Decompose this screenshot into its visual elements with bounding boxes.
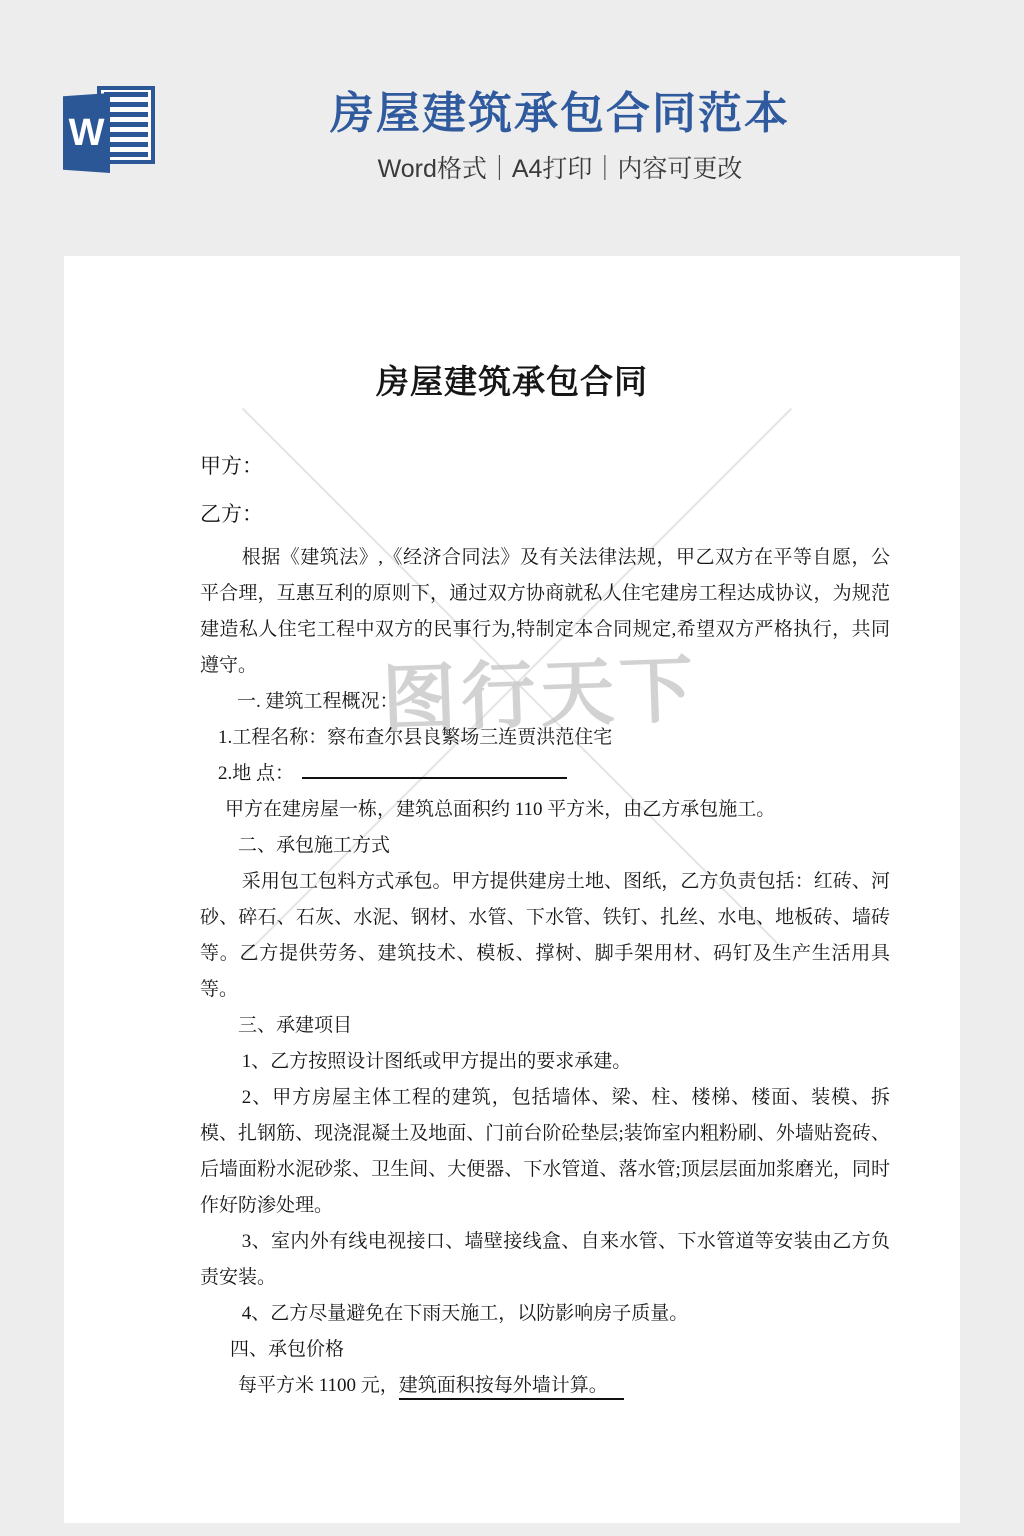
party-a-line: 甲方： xyxy=(200,448,890,484)
section-3-item-3: 3、室内外有线电视接口、墙壁接线盒、自来水管、下水管道等安装由乙方负责安装。 xyxy=(200,1224,890,1296)
intro-paragraph: 根据《建筑法》,《经济合同法》及有关法律法规，甲乙双方在平等自愿，公平合理，互惠… xyxy=(200,540,890,684)
location-label: 2.地 点： xyxy=(218,763,294,784)
section-3-item-2: 2、甲方房屋主体工程的建筑，包括墙体、梁、柱、楼梯、楼面、装模、拆模、扎钢筋、现… xyxy=(200,1080,890,1224)
section-3-item-1: 1、乙方按照设计图纸或甲方提出的要求承建。 xyxy=(200,1044,890,1080)
word-w-icon: W xyxy=(63,93,110,173)
project-name-line: 1.工程名称：察布查尔县良繁场三连贾洪范住宅 xyxy=(200,720,890,756)
document-text-lines-icon xyxy=(104,92,148,158)
building-area-line: 甲方在建房屋一栋，建筑总面积约 110 平方米，由乙方承包施工。 xyxy=(200,792,890,828)
document-page: 图行天下 房屋建筑承包合同 甲方： 乙方： 根据《建筑法》,《经济合同法》及有关… xyxy=(64,256,960,1523)
contract-title: 房屋建筑承包合同 xyxy=(64,360,960,406)
section-1-heading: 一. 建筑工程概况： xyxy=(200,684,890,720)
template-subtitle: Word格式｜A4打印｜内容可更改 xyxy=(378,153,743,186)
section-4-heading: 四、承包价格 xyxy=(200,1332,890,1368)
template-title: 房屋建筑承包合同范本 xyxy=(330,88,790,141)
party-b-line: 乙方： xyxy=(200,496,890,532)
location-blank-underline xyxy=(302,765,567,779)
contract-body: 房屋建筑承包合同 甲方： 乙方： 根据《建筑法》,《经济合同法》及有关法律法规，… xyxy=(64,256,960,1404)
header: W 房屋建筑承包合同范本 Word格式｜A4打印｜内容可更改 xyxy=(0,0,1024,256)
location-line: 2.地 点： xyxy=(200,756,890,792)
section-2-heading: 二、承包施工方式 xyxy=(200,828,890,864)
word-file-icon: W xyxy=(63,86,165,176)
section-3-heading: 三、承建项目 xyxy=(200,1008,890,1044)
section-2-paragraph: 采用包工包料方式承包。甲方提供建房土地、图纸，乙方负责包括：红砖、河砂、碎石、石… xyxy=(200,864,890,1008)
price-prefix: 每平方米 1100 元， xyxy=(238,1375,399,1396)
price-line: 每平方米 1100 元，建筑面积按每外墙计算。 xyxy=(200,1368,890,1404)
section-3-item-4: 4、乙方尽量避免在下雨天施工，以防影响房子质量。 xyxy=(200,1296,890,1332)
price-underlined-text: 建筑面积按每外墙计算。 xyxy=(399,1375,624,1400)
